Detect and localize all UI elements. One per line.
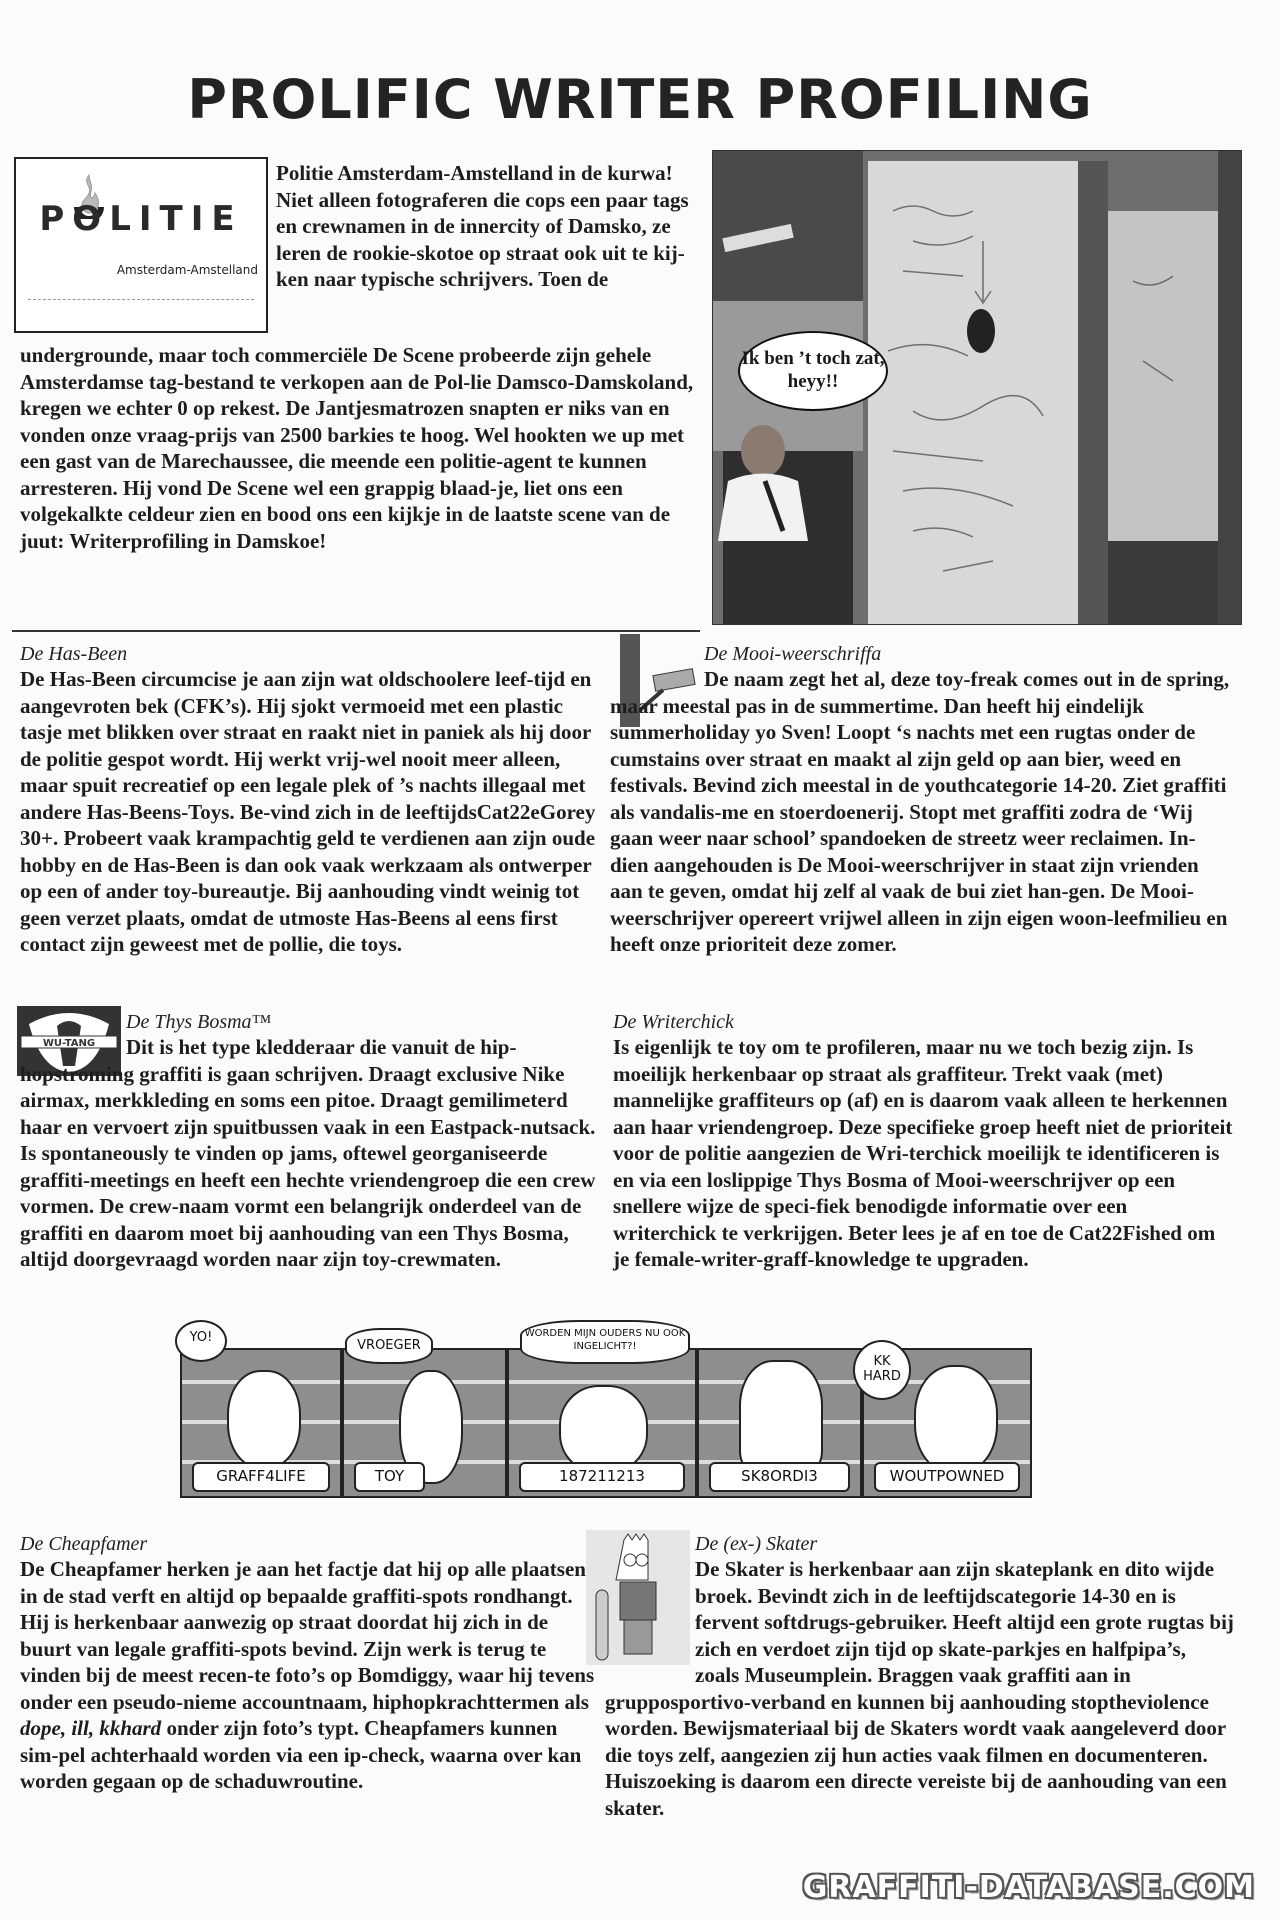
cartoon-panel: TOY (342, 1348, 507, 1498)
slang-terms: dope, ill, kkhard (20, 1716, 161, 1740)
section-body: Is eigenlijk te toy om te profileren, ma… (613, 1034, 1233, 1273)
section-body: De naam zegt het al, deze toy-freak come… (610, 666, 1230, 958)
section-body: De Skater is herkenbaar aan zijn skatepl… (605, 1556, 1235, 1821)
section-body: Dit is het type kledderaar die vanuit de… (20, 1034, 600, 1273)
section-cheapfamer: De Cheapfamer De Cheapfamer herken je aa… (20, 1532, 600, 1795)
cartoon-nameplate: WOUTPOWNED (874, 1462, 1020, 1492)
cartoon-nameplate: GRAFF4LIFE (192, 1462, 330, 1492)
site-watermark: GRAFFITI-DATABASE.COM (803, 1870, 1255, 1905)
cartoon-panel: SK8ORDI3 (697, 1348, 862, 1498)
section-body: De Has-Been circumcise je aan zijn wat o… (20, 666, 600, 958)
intro-text-top: Politie Amsterdam-Amstelland in de kurwa… (276, 160, 696, 293)
section-heading: De Writerchick (613, 1010, 1233, 1034)
cartoon-strip: GRAFF4LIFE TOY 187211213 SK8ORDI3 WOUTPO… (165, 1320, 1035, 1515)
section-heading: De Thys Bosma™ (20, 1010, 600, 1034)
speech-bubble: Ik ben ’t toch zat, heyy!! (738, 331, 888, 411)
logo-subtitle: Amsterdam-Amstelland (26, 263, 258, 277)
cartoon-nameplate: 187211213 (519, 1462, 685, 1492)
logo-divider (28, 299, 254, 300)
cartoon-speech: KK HARD (853, 1340, 911, 1400)
section-writerchick: De Writerchick Is eigenlijk te toy om te… (613, 1010, 1233, 1273)
section-heading: De (ex-) Skater (605, 1532, 1235, 1556)
cartoon-panel: GRAFF4LIFE (180, 1348, 342, 1498)
section-thys-bosma: De Thys Bosma™ Dit is het type kledderaa… (20, 1010, 600, 1273)
page-title: PROLIFIC WRITER PROFILING (0, 68, 1280, 131)
section-divider (12, 630, 700, 632)
logo-wordmark: POLITIE (26, 199, 256, 239)
section-skater: De (ex-) Skater De Skater is herkenbaar … (605, 1532, 1235, 1821)
section-mooi-weerschriffa: De Mooi-weerschriffa De naam zegt het al… (610, 642, 1230, 958)
section-heading: De Has-Been (20, 642, 600, 666)
cartoon-speech: WORDEN MIJN OUDERS NU OOK INGELICHT?! (520, 1320, 690, 1364)
section-has-been: De Has-Been De Has-Been circumcise je aa… (20, 642, 600, 958)
section-heading: De Cheapfamer (20, 1532, 600, 1556)
cartoon-panel: 187211213 (507, 1348, 697, 1498)
cartoon-nameplate: SK8ORDI3 (709, 1462, 850, 1492)
section-body: De Cheapfamer herken je aan het factje d… (20, 1556, 600, 1795)
politie-logo: POLITIE Amsterdam-Amstelland (14, 157, 268, 333)
cartoon-speech: VROEGER (345, 1328, 433, 1364)
cell-door-photo: Ik ben ’t toch zat, heyy!! (712, 150, 1242, 625)
cartoon-nameplate: TOY (354, 1462, 425, 1492)
cartoon-speech: YO! (175, 1320, 227, 1362)
intro-text-bottom: undergroundе, maar toch commerciële De S… (20, 342, 700, 554)
section-heading: De Mooi-weerschriffa (610, 642, 1230, 666)
